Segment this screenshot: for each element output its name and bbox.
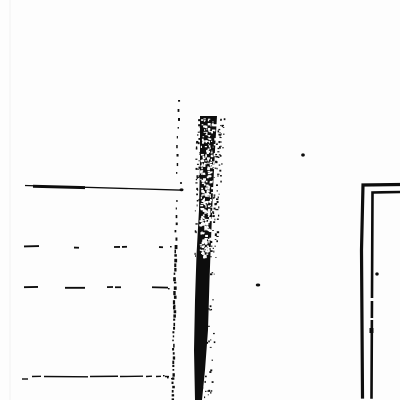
scanned-page — [0, 0, 400, 400]
scan-marks-svg — [0, 0, 400, 400]
